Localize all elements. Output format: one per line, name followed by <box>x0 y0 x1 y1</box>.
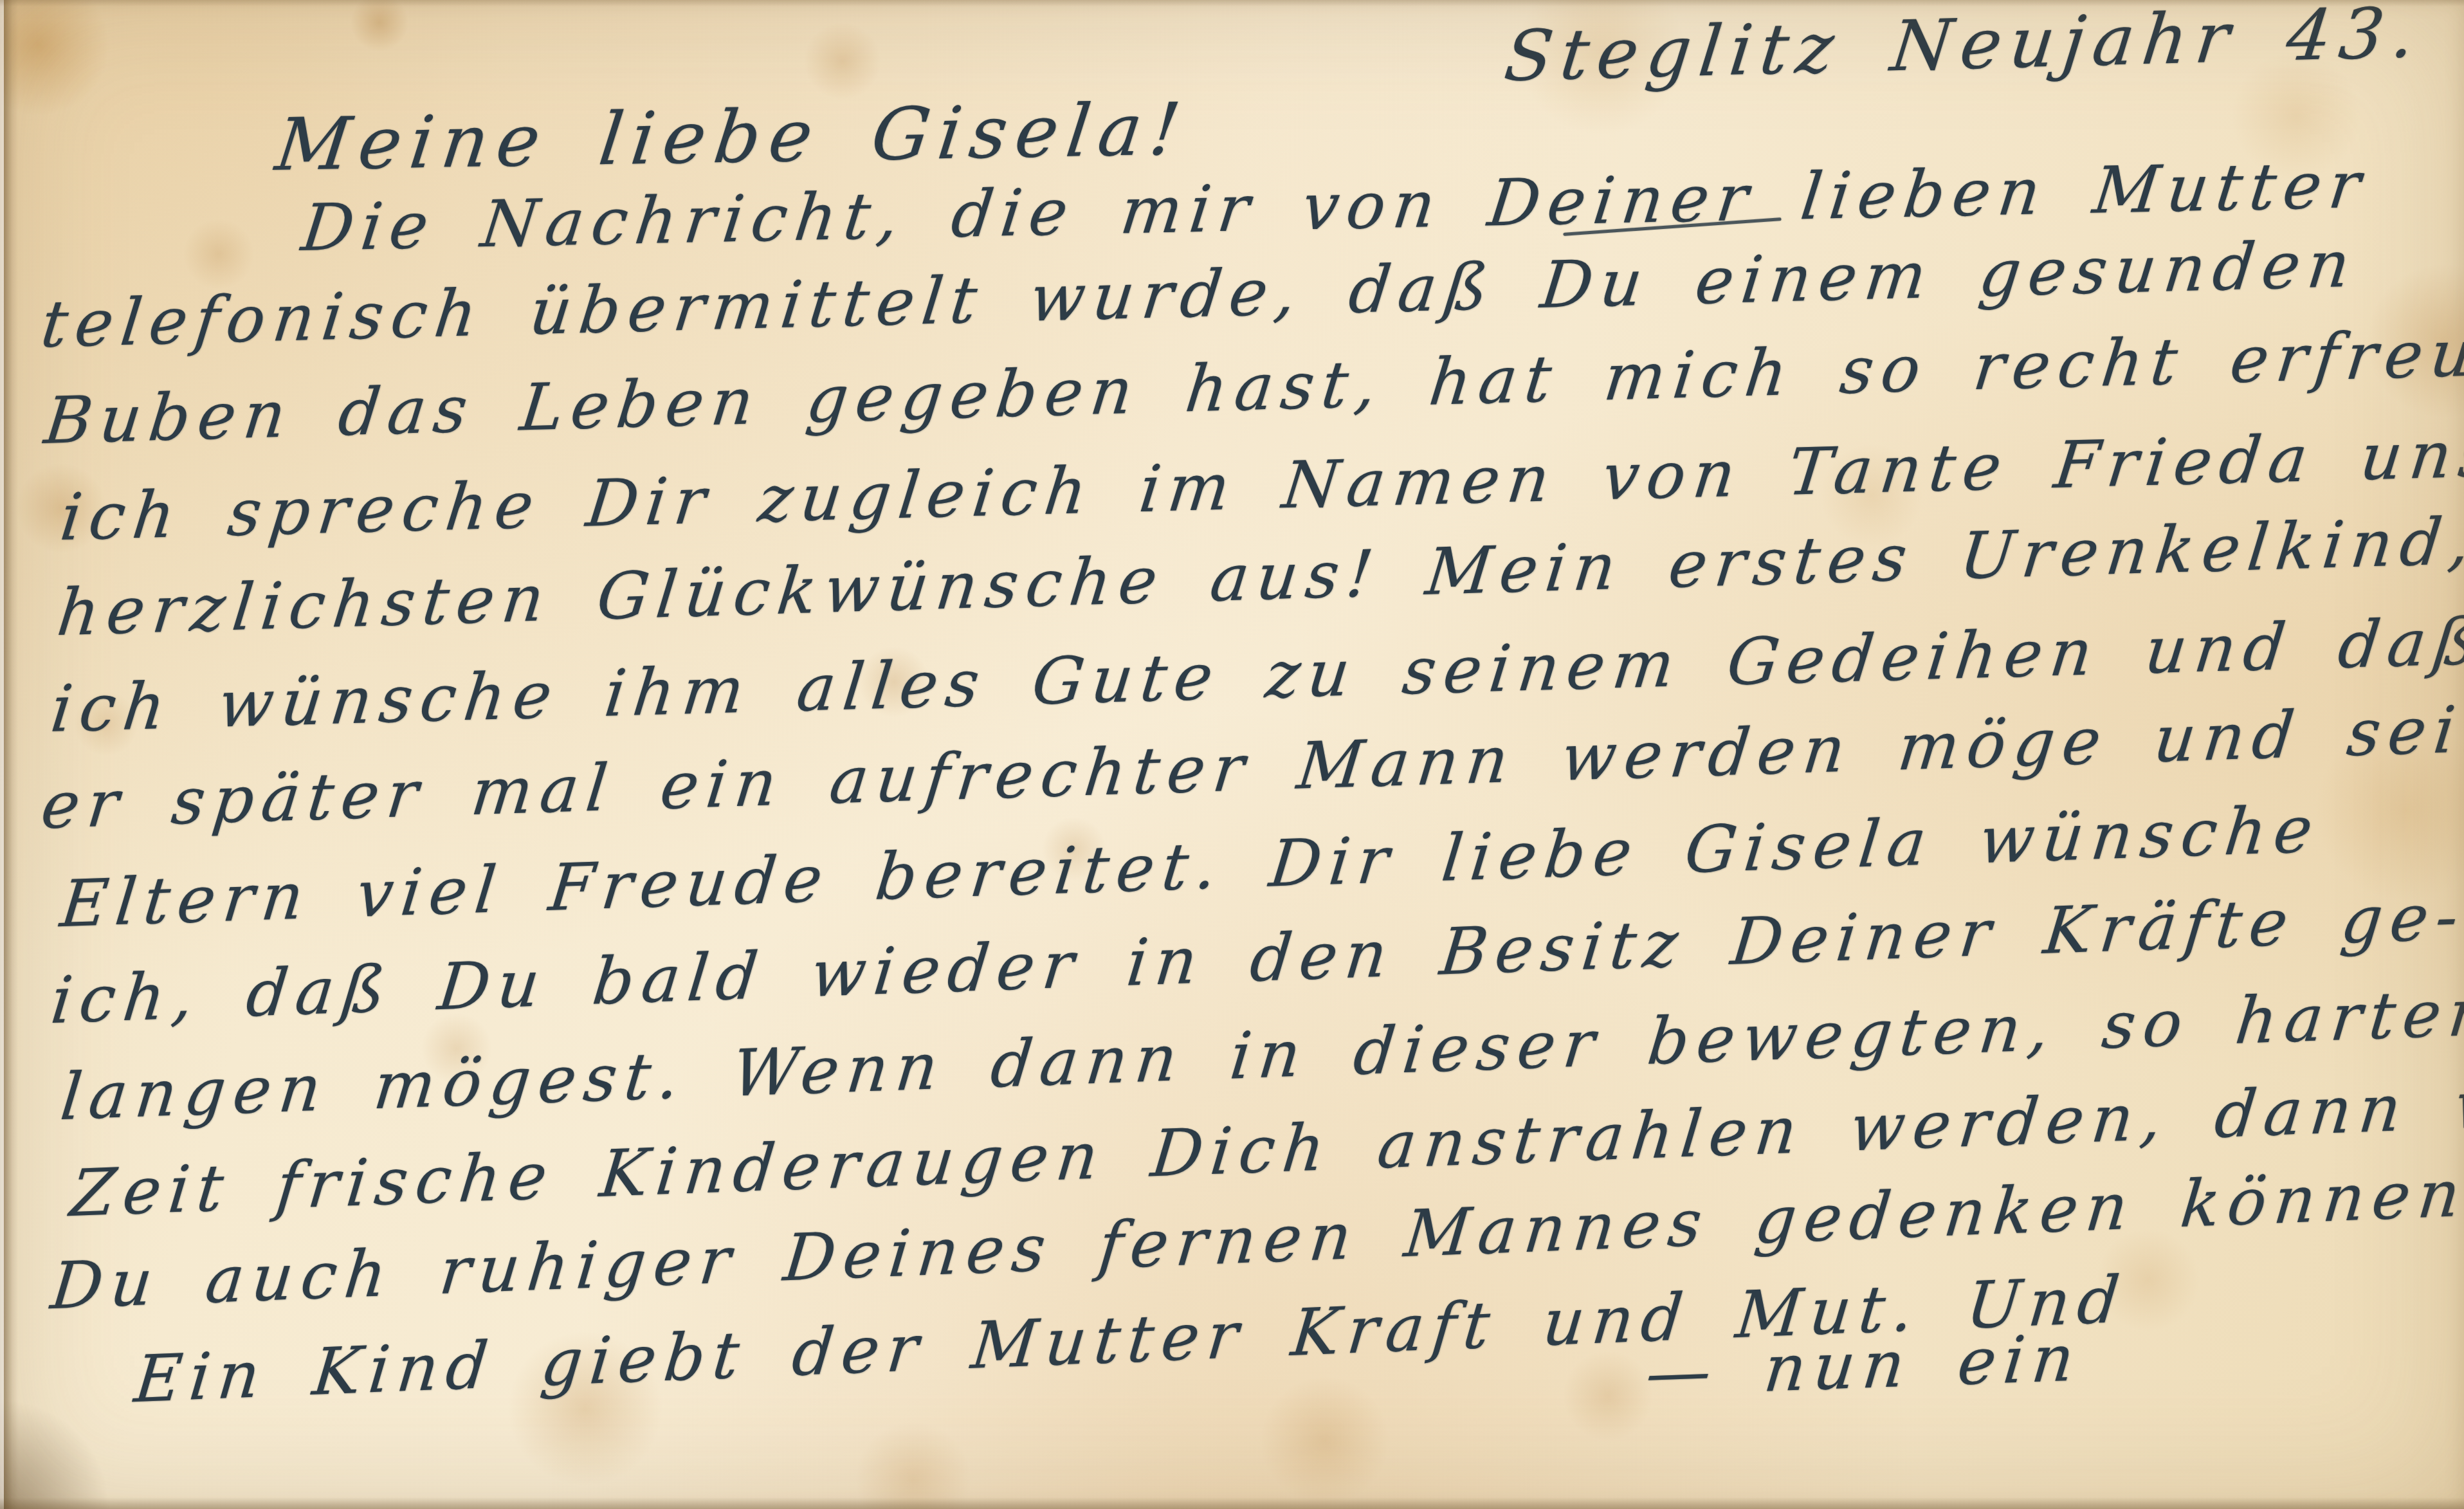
paper-edge-left <box>4 0 18 1509</box>
paper-edge-bottom <box>0 1497 2464 1509</box>
paper-edge-top <box>0 0 2464 6</box>
letter-page: Steglitz Neujahr 43. Meine liebe Gisela!… <box>0 0 2464 1509</box>
letter-continuation-fragment: — nun ein <box>1643 1326 2085 1405</box>
salutation: Meine liebe Gisela! <box>272 93 1192 181</box>
